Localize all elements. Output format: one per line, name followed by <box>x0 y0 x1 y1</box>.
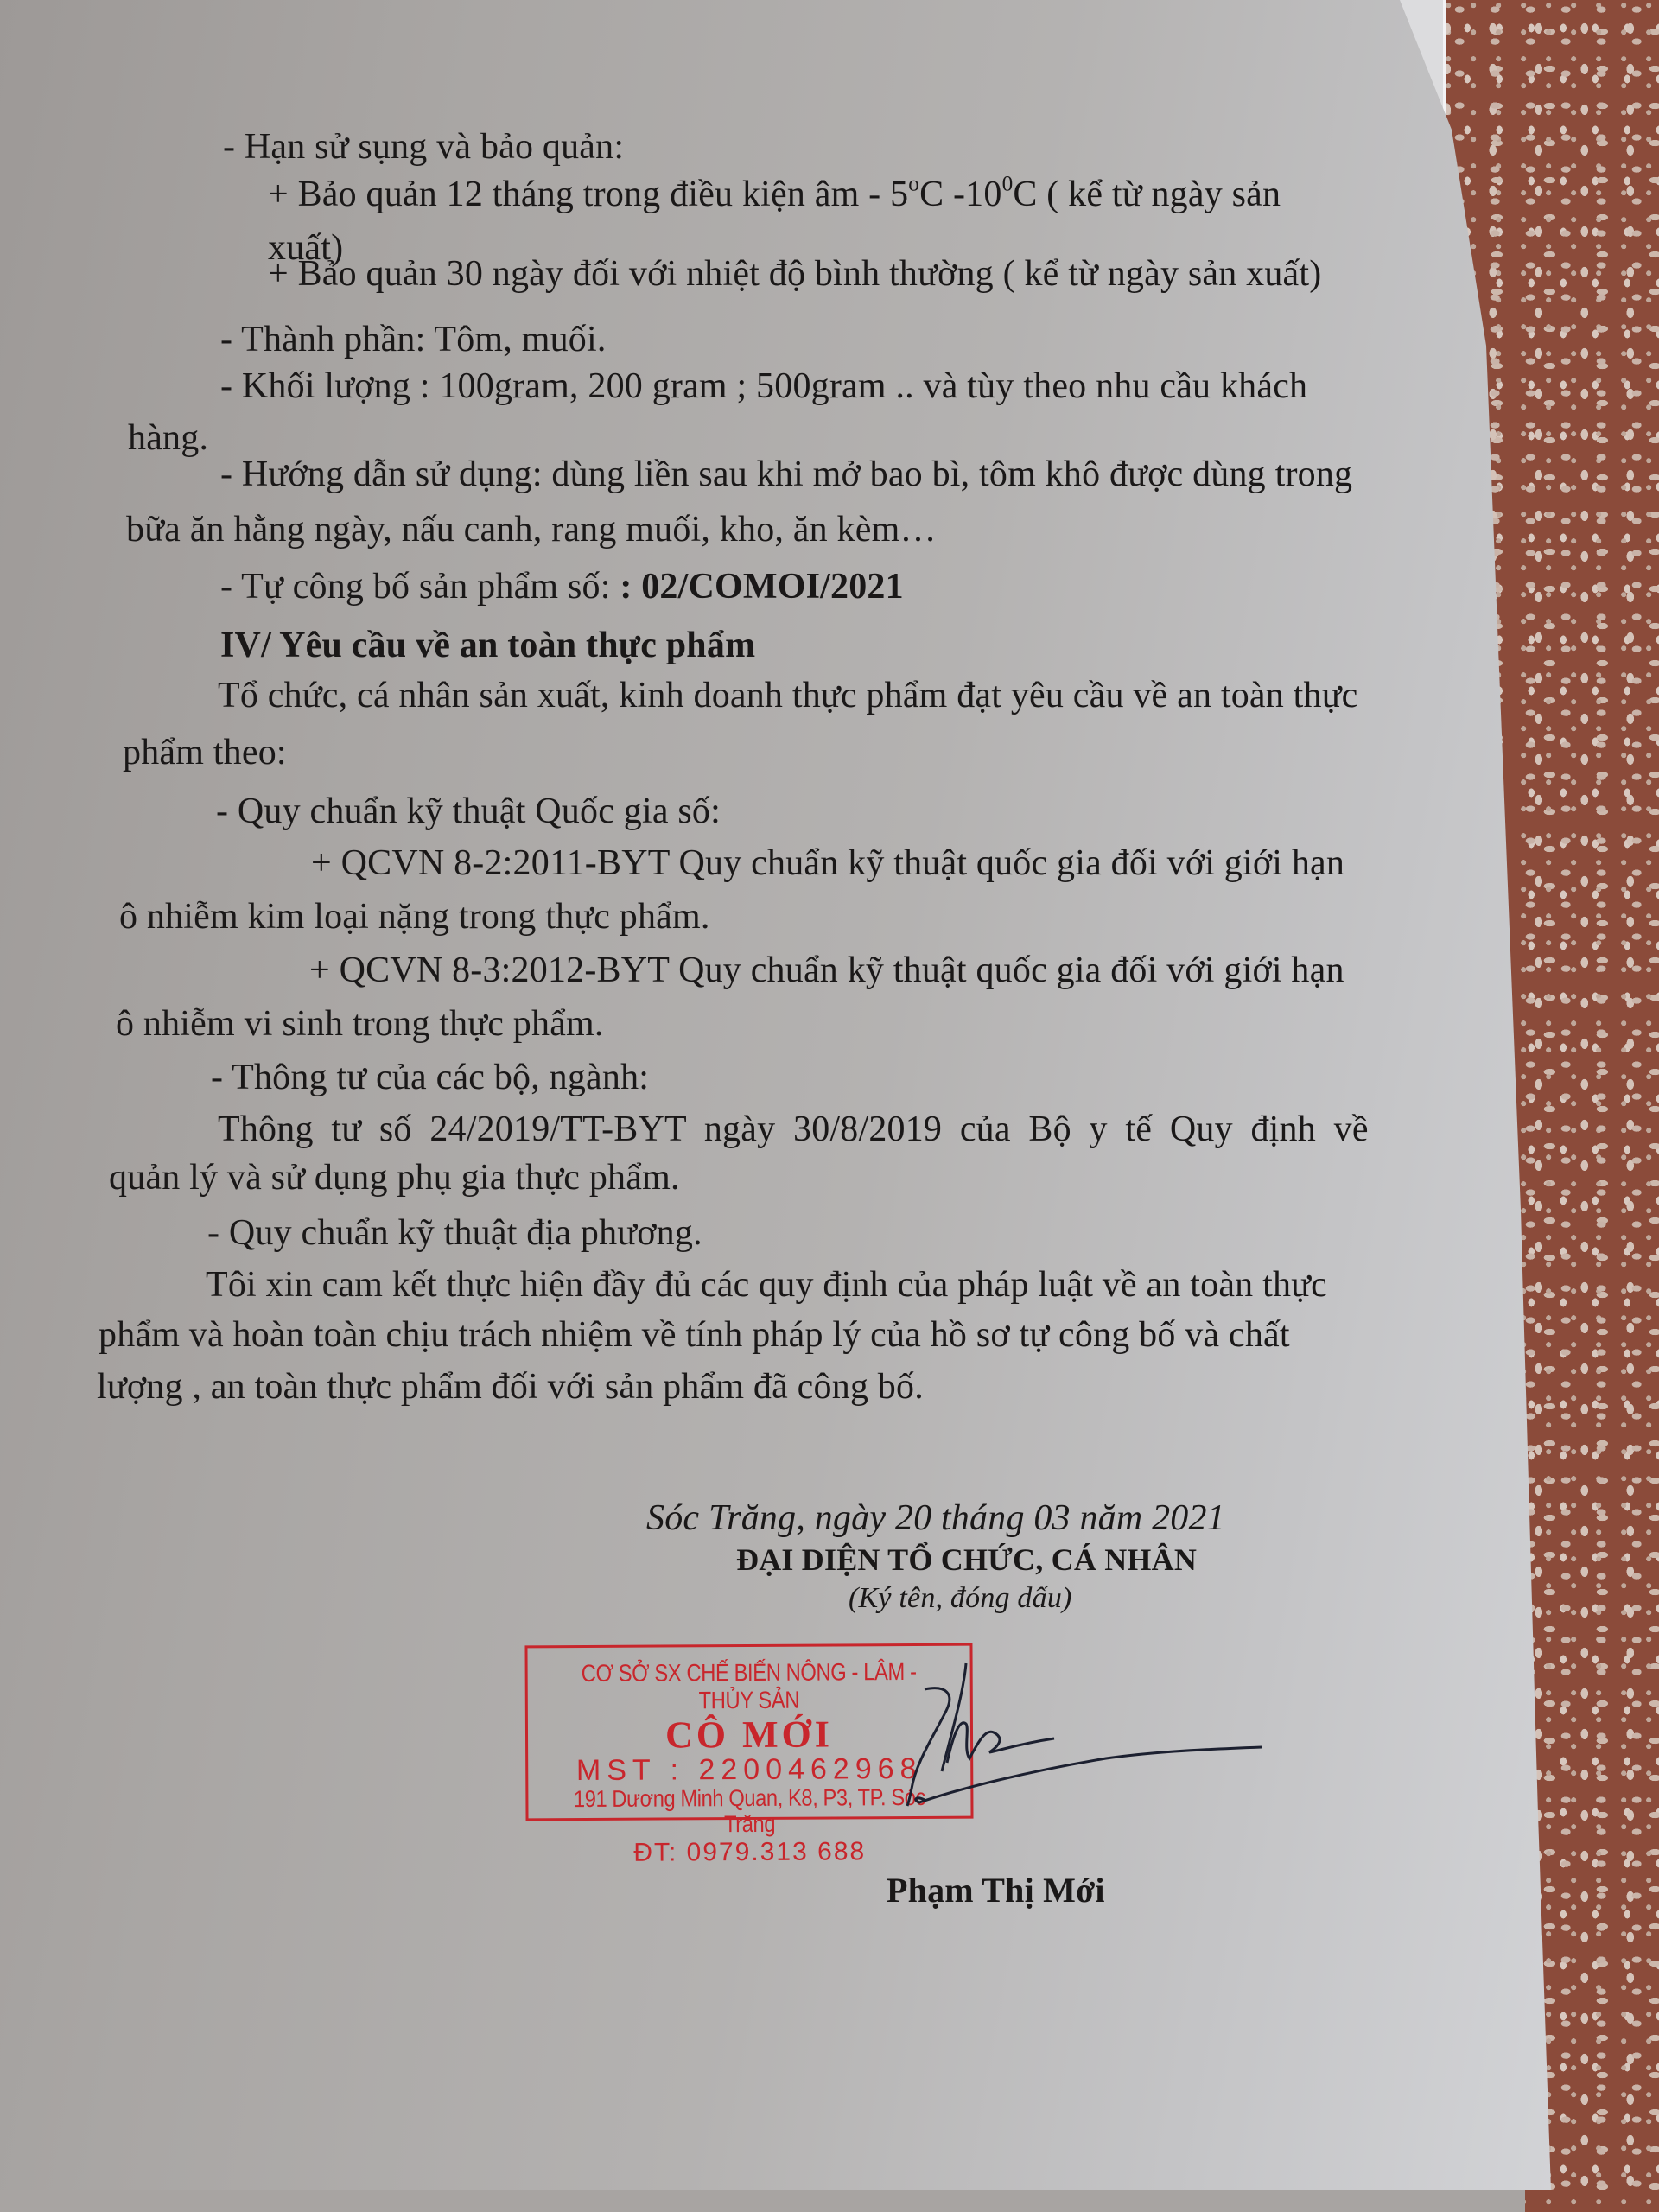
commitment-cont-1: phẩm và hoàn toàn chịu trách nhiệm về tí… <box>99 1313 1290 1357</box>
storage-condition-normal: + Bảo quản 30 ngày đối với nhiệt độ bình… <box>268 252 1321 296</box>
section-iv-heading: IV/ Yêu cầu về an toàn thực phẩm <box>220 624 755 667</box>
storage-condition-frozen: + Bảo quản 12 tháng trong điều kiện âm -… <box>268 173 1281 216</box>
declaration-value: : 02/COMOI/2021 <box>620 567 903 607</box>
qcvn-8-3-2012: + QCVN 8-3:2012-BYT Quy chuẩn kỹ thuật q… <box>309 949 1344 992</box>
requirements-intro: Tổ chức, cá nhân sản xuất, kinh doanh th… <box>218 674 1358 717</box>
qcvn-8-2-2011: + QCVN 8-2:2011-BYT Quy chuẩn kỹ thuật q… <box>311 842 1344 885</box>
storage-frozen-mid: C -10 <box>919 175 1002 214</box>
ingredients: - Thành phần: Tôm, muối. <box>220 318 607 361</box>
weight-cont: hàng. <box>128 416 208 460</box>
document-page: - Hạn sử sụng và bảo quản: + Bảo quản 12… <box>0 0 1555 2190</box>
self-declaration-number: - Tự công bố sản phẩm số: : 02/COMOI/202… <box>220 565 904 608</box>
place-date: Sóc Trăng, ngày 20 tháng 03 năm 2021 <box>646 1497 1225 1540</box>
commitment: Tôi xin cam kết thực hiện đầy đủ các quy… <box>206 1263 1327 1306</box>
weight: - Khối lượng : 100gram, 200 gram ; 500gr… <box>220 365 1307 408</box>
representative-title: ĐẠI DIỆN TỔ CHỨC, CÁ NHÂN <box>736 1541 1197 1579</box>
circular-24-2019: Thông tư số 24/2019/TT-BYT ngày 30/8/201… <box>218 1108 1369 1151</box>
storage-heading: - Hạn sử sụng và bảo quản: <box>223 125 624 168</box>
qcvn-8-3-2012-cont: ô nhiễm vi sinh trong thực phẩm. <box>116 1002 604 1046</box>
local-technical-standards: - Quy chuẩn kỹ thuật địa phương. <box>207 1211 702 1255</box>
sign-and-seal-note: (Ký tên, đóng dấu) <box>849 1581 1072 1617</box>
qcvn-8-2-2011-cont: ô nhiễm kim loại nặng trong thực phẩm. <box>119 895 710 938</box>
storage-frozen-after: C ( kể từ ngày sản <box>1013 175 1281 214</box>
ministry-circulars: - Thông tư của các bộ, ngành: <box>211 1056 649 1099</box>
national-technical-standards: - Quy chuẩn kỹ thuật Quốc gia số: <box>216 790 721 833</box>
signer-name: Phạm Thị Mới <box>887 1870 1105 1911</box>
commitment-cont-2: lượng , an toàn thực phẩm đối với sản ph… <box>97 1365 924 1408</box>
degree-sup-2: 0 <box>1002 172 1014 195</box>
degree-sup-1: o <box>908 172 919 195</box>
usage-instructions-cont: bữa ăn hằng ngày, nấu canh, rang muối, k… <box>126 508 937 551</box>
requirements-intro-cont: phẩm theo: <box>123 731 287 774</box>
stamp-phone: ĐT: 0979.313 688 <box>529 1836 971 1867</box>
usage-instructions: - Hướng dẫn sử dụng: dùng liền sau khi m… <box>220 453 1352 496</box>
storage-frozen-text: + Bảo quản 12 tháng trong điều kiện âm -… <box>268 175 908 214</box>
declaration-label: - Tự công bố sản phẩm số: <box>220 567 620 607</box>
circular-24-2019-cont: quản lý và sử dụng phụ gia thực phẩm. <box>109 1156 680 1199</box>
handwritten-signature-icon <box>743 1642 1279 1840</box>
